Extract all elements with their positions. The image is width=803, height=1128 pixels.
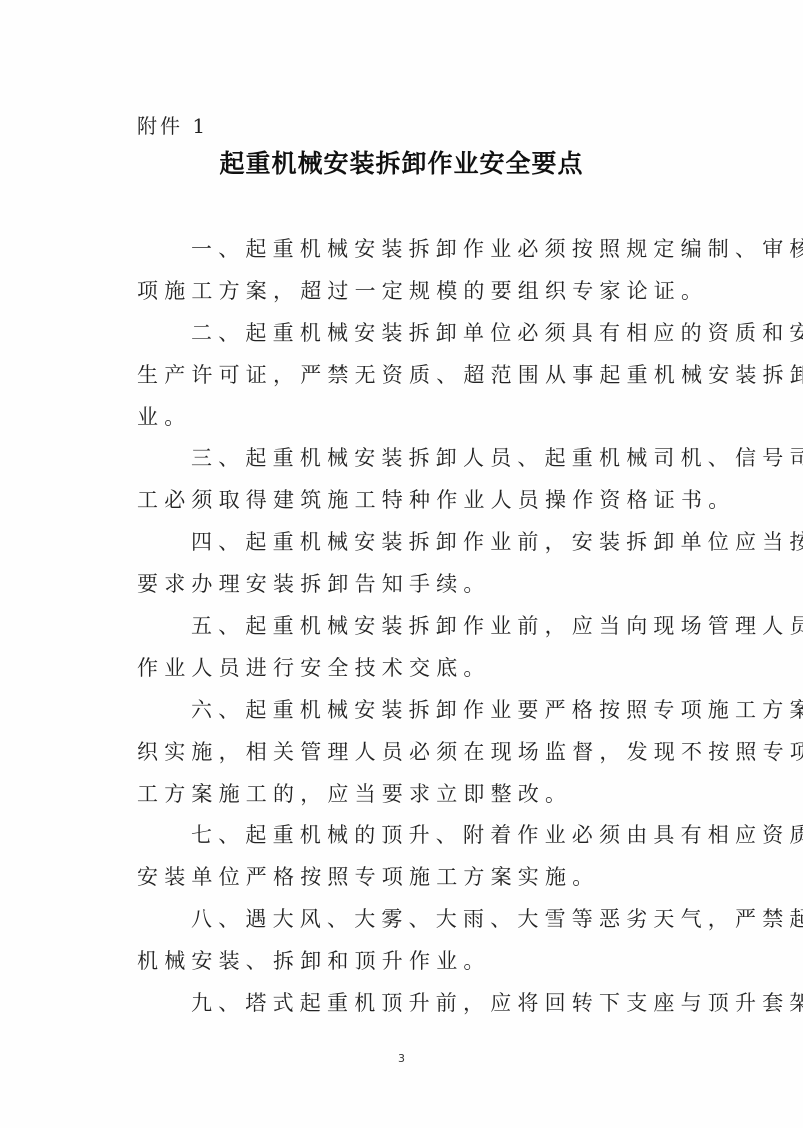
page-number: 3 xyxy=(0,1052,803,1065)
attachment-label: 附件 1 xyxy=(137,110,208,139)
paragraph-line: 生产许可证，严禁无资质、超范围从事起重机械安装拆卸作 xyxy=(137,355,687,397)
paragraph-line: 织实施，相关管理人员必须在现场监督，发现不按照专项施 xyxy=(137,732,687,774)
paragraph-line: 七、起重机械的顶升、附着作业必须由具有相应资质的 xyxy=(137,815,687,857)
paragraph-line: 安装单位严格按照专项施工方案实施。 xyxy=(137,857,687,899)
document-title: 起重机械安装拆卸作业安全要点 xyxy=(0,144,803,180)
paragraph-line: 三、起重机械安装拆卸人员、起重机械司机、信号司索 xyxy=(137,438,687,480)
paragraph-line: 五、起重机械安装拆卸作业前，应当向现场管理人员和 xyxy=(137,606,687,648)
paragraph-line: 机械安装、拆卸和顶升作业。 xyxy=(137,941,687,983)
document-page: 附件 1 起重机械安装拆卸作业安全要点 一、起重机械安装拆卸作业必须按照规定编制… xyxy=(0,0,803,1128)
paragraph-line: 业。 xyxy=(137,397,687,439)
paragraph-line: 作业人员进行安全技术交底。 xyxy=(137,648,687,690)
paragraph-line: 工必须取得建筑施工特种作业人员操作资格证书。 xyxy=(137,480,687,522)
paragraph-line: 工方案施工的，应当要求立即整改。 xyxy=(137,774,687,816)
document-body: 一、起重机械安装拆卸作业必须按照规定编制、审核专 项施工方案，超过一定规模的要组… xyxy=(137,229,687,1025)
paragraph-line: 二、起重机械安装拆卸单位必须具有相应的资质和安全 xyxy=(137,313,687,355)
paragraph-line: 项施工方案，超过一定规模的要组织专家论证。 xyxy=(137,271,687,313)
paragraph-line: 一、起重机械安装拆卸作业必须按照规定编制、审核专 xyxy=(137,229,687,271)
paragraph-line: 九、塔式起重机顶升前，应将回转下支座与顶升套架可 xyxy=(137,983,687,1025)
paragraph-line: 四、起重机械安装拆卸作业前，安装拆卸单位应当按照 xyxy=(137,522,687,564)
paragraph-line: 六、起重机械安装拆卸作业要严格按照专项施工方案组 xyxy=(137,690,687,732)
paragraph-line: 要求办理安装拆卸告知手续。 xyxy=(137,564,687,606)
paragraph-line: 八、遇大风、大雾、大雨、大雪等恶劣天气，严禁起重 xyxy=(137,899,687,941)
